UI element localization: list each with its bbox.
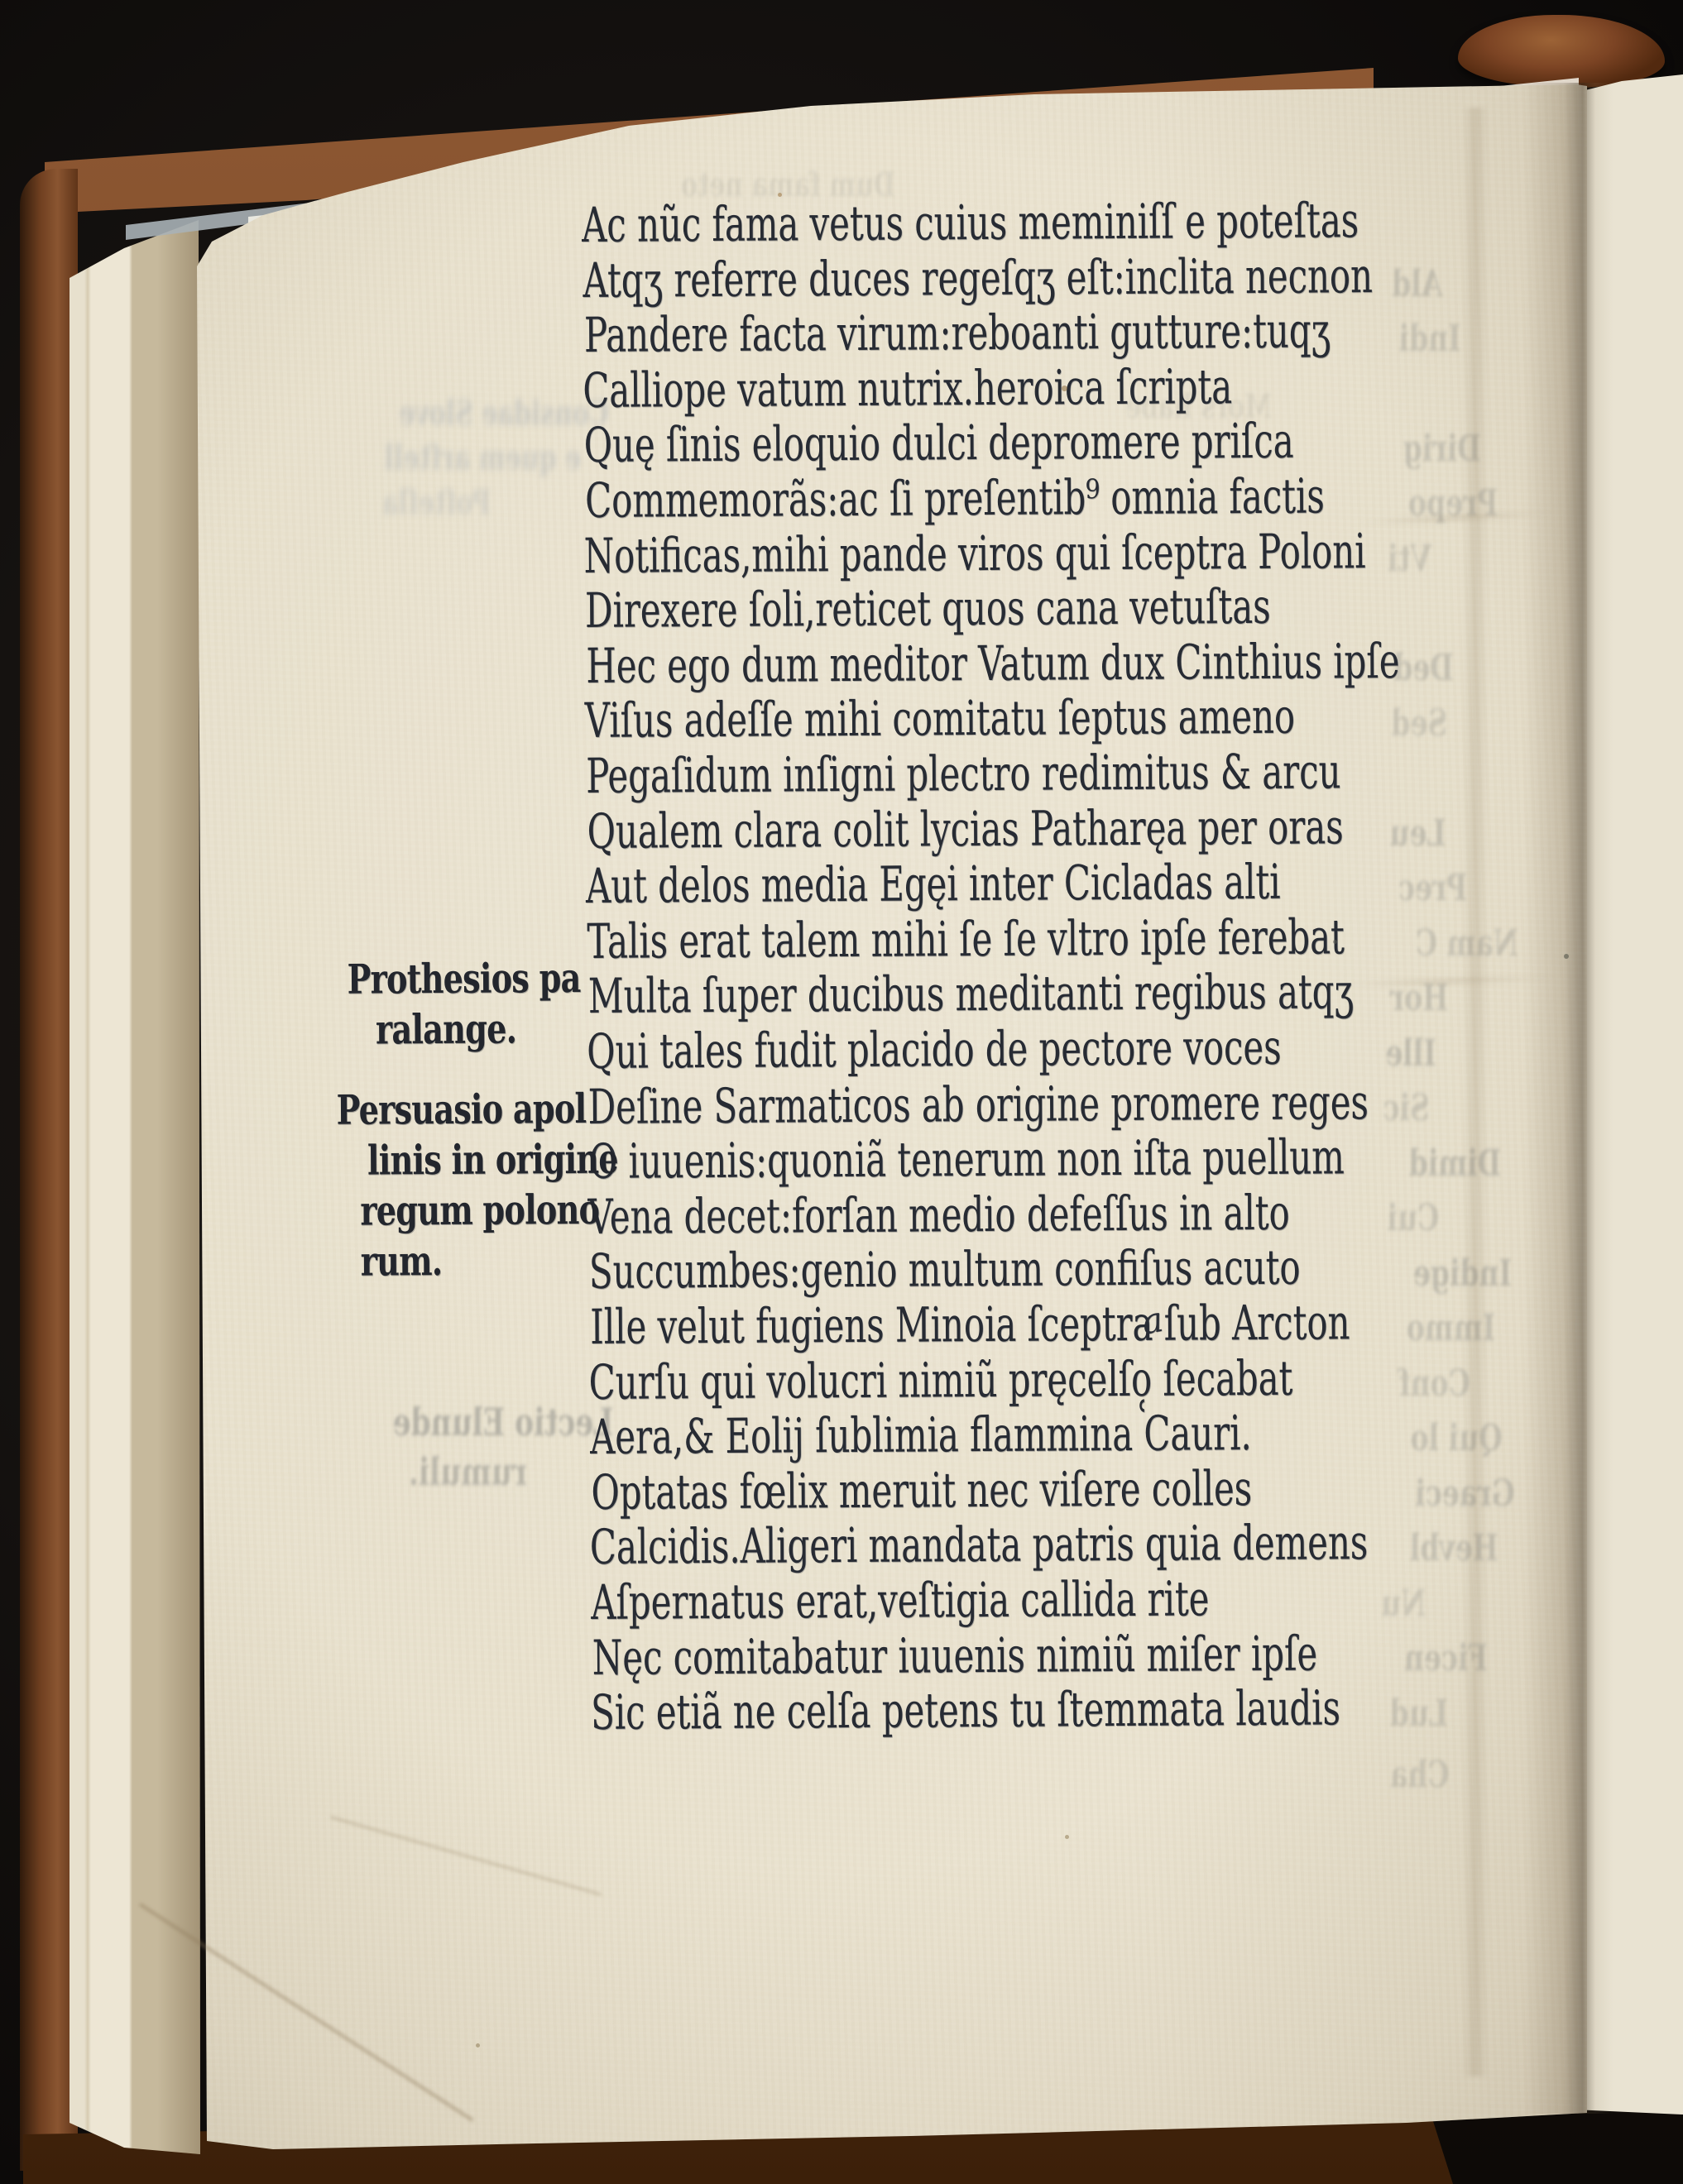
paper-speck <box>1564 954 1569 959</box>
paper-speck <box>1333 940 1337 944</box>
paper-speck <box>476 2043 480 2047</box>
paper-speck <box>1065 1835 1069 1839</box>
paper-speck <box>778 193 782 197</box>
paper-specks <box>0 0 1683 2184</box>
paper-speck <box>1062 386 1067 391</box>
